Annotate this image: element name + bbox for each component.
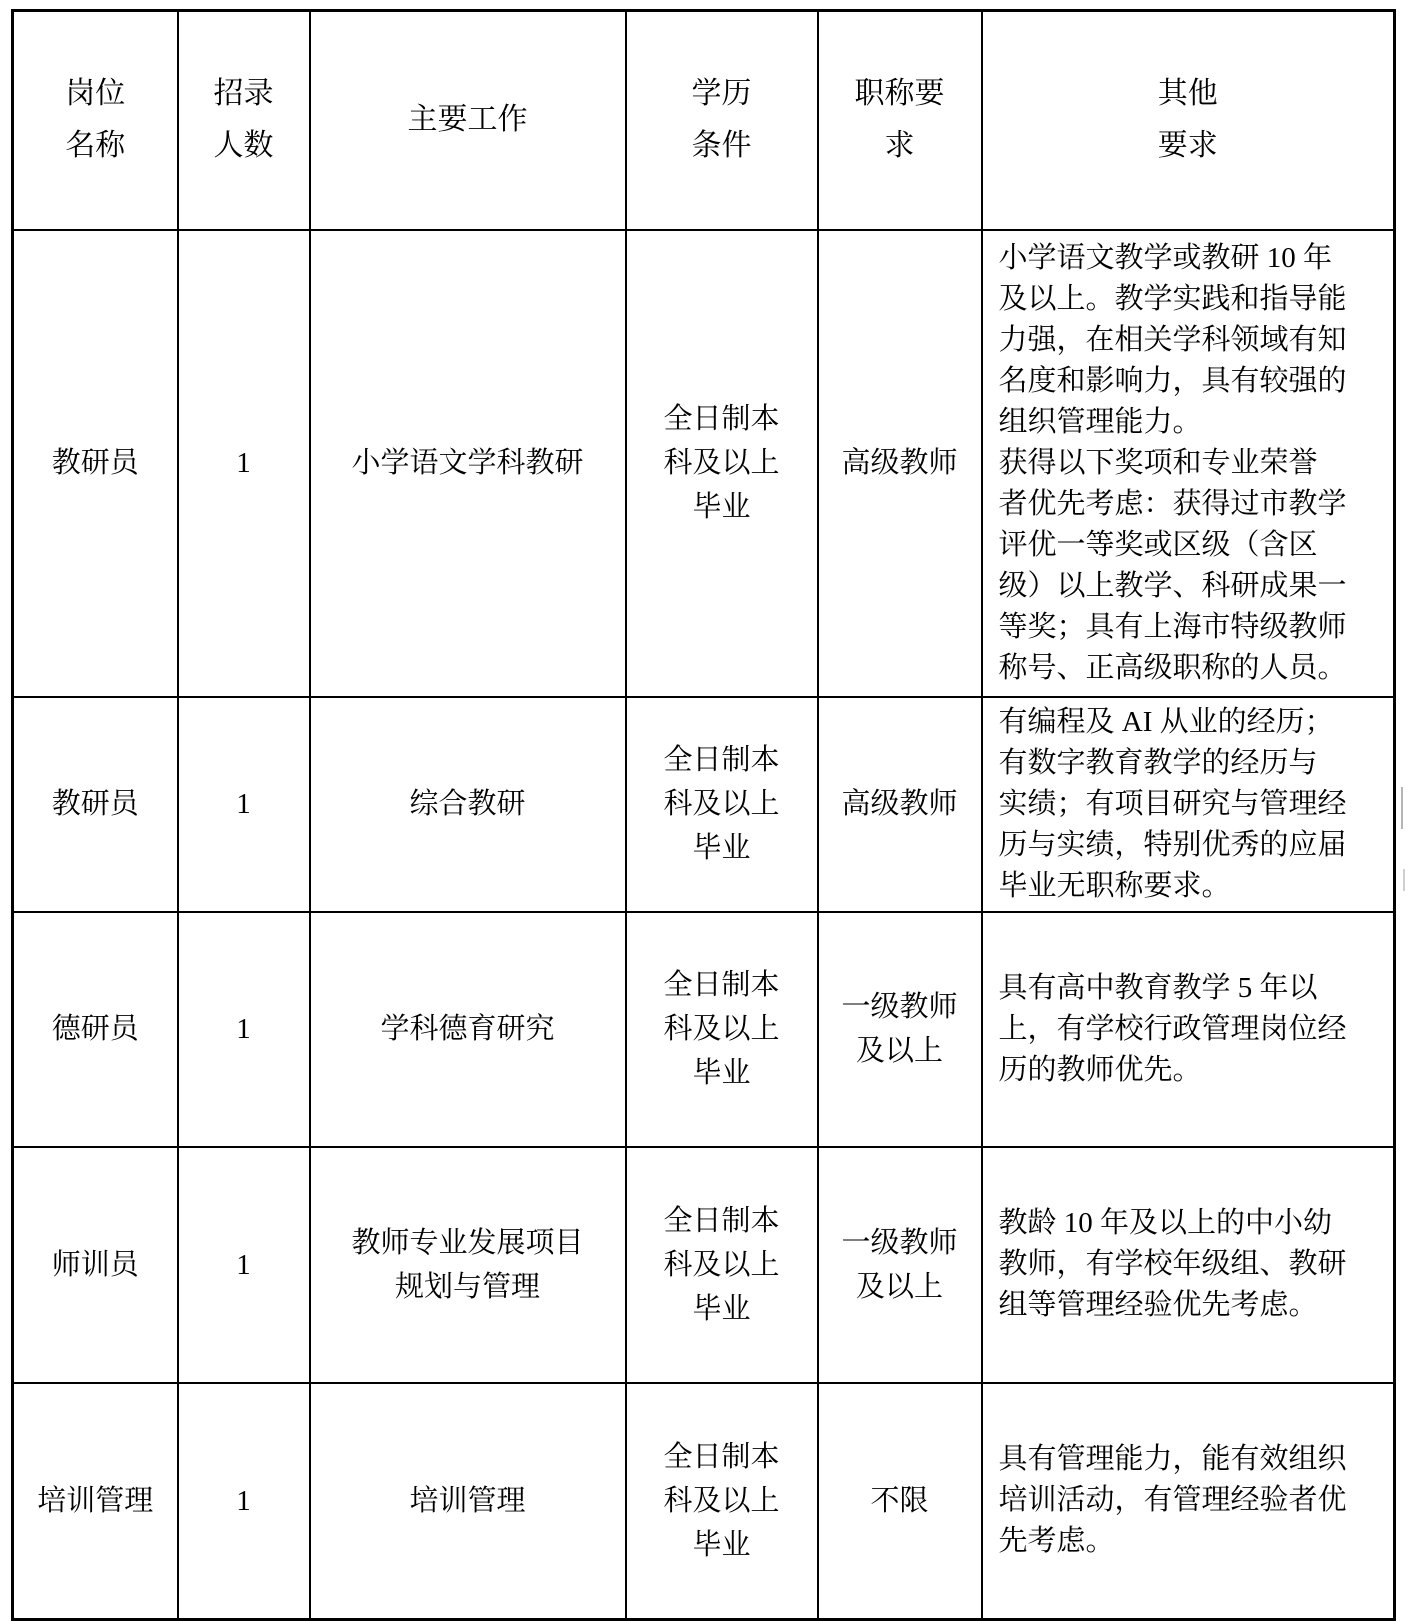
header-recruit-count: 招录 人数 <box>178 11 310 230</box>
cell-other-requirement: 有编程及 AI 从业的经历； 有数字教育教学的经历与 实绩；有项目研究与管理经 … <box>982 697 1395 912</box>
cell-position-name: 德研员 <box>13 912 178 1147</box>
cell-recruit-count: 1 <box>178 1147 310 1383</box>
table-row: 德研员 1 学科德育研究 全日制本 科及以上 毕业 一级教师 及以上 具有高中教… <box>13 912 1395 1147</box>
cell-position-name: 培训管理 <box>13 1383 178 1620</box>
recruitment-table: 岗位 名称 招录 人数 主要工作 学历 条件 职称要 求 其他 要求 教研员 1… <box>11 9 1396 1621</box>
cell-main-work: 学科德育研究 <box>310 912 626 1147</box>
cell-title-requirement: 一级教师 及以上 <box>818 1147 982 1383</box>
cell-other-requirement: 小学语文教学或教研 10 年 及以上。教学实践和指导能 力强，在相关学科领域有知… <box>982 230 1395 697</box>
cell-title-requirement: 不限 <box>818 1383 982 1620</box>
cell-education-requirement: 全日制本 科及以上 毕业 <box>626 1383 818 1620</box>
cell-position-name: 师训员 <box>13 1147 178 1383</box>
cell-other-requirement: 教龄 10 年及以上的中小幼 教师，有学校年级组、教研 组等管理经验优先考虑。 <box>982 1147 1395 1383</box>
table-row: 教研员 1 综合教研 全日制本 科及以上 毕业 高级教师 有编程及 AI 从业的… <box>13 697 1395 912</box>
cell-title-requirement: 高级教师 <box>818 230 982 697</box>
scan-artifact <box>1401 787 1403 829</box>
cell-other-requirement: 具有高中教育教学 5 年以 上，有学校行政管理岗位经 历的教师优先。 <box>982 912 1395 1147</box>
header-main-work: 主要工作 <box>310 11 626 230</box>
cell-main-work: 教师专业发展项目 规划与管理 <box>310 1147 626 1383</box>
cell-recruit-count: 1 <box>178 1383 310 1620</box>
scan-artifact <box>1403 869 1405 891</box>
table-header-row: 岗位 名称 招录 人数 主要工作 学历 条件 职称要 求 其他 要求 <box>13 11 1395 230</box>
header-title-requirement: 职称要 求 <box>818 11 982 230</box>
cell-main-work: 培训管理 <box>310 1383 626 1620</box>
cell-title-requirement: 高级教师 <box>818 697 982 912</box>
cell-education-requirement: 全日制本 科及以上 毕业 <box>626 230 818 697</box>
cell-title-requirement: 一级教师 及以上 <box>818 912 982 1147</box>
header-education-requirement: 学历 条件 <box>626 11 818 230</box>
header-other-requirement: 其他 要求 <box>982 11 1395 230</box>
header-position-name: 岗位 名称 <box>13 11 178 230</box>
cell-recruit-count: 1 <box>178 697 310 912</box>
table-row: 教研员 1 小学语文学科教研 全日制本 科及以上 毕业 高级教师 小学语文教学或… <box>13 230 1395 697</box>
cell-education-requirement: 全日制本 科及以上 毕业 <box>626 912 818 1147</box>
cell-main-work: 小学语文学科教研 <box>310 230 626 697</box>
cell-education-requirement: 全日制本 科及以上 毕业 <box>626 1147 818 1383</box>
cell-recruit-count: 1 <box>178 912 310 1147</box>
table-row: 师训员 1 教师专业发展项目 规划与管理 全日制本 科及以上 毕业 一级教师 及… <box>13 1147 1395 1383</box>
cell-position-name: 教研员 <box>13 230 178 697</box>
cell-education-requirement: 全日制本 科及以上 毕业 <box>626 697 818 912</box>
cell-main-work: 综合教研 <box>310 697 626 912</box>
cell-position-name: 教研员 <box>13 697 178 912</box>
document-page: 岗位 名称 招录 人数 主要工作 学历 条件 职称要 求 其他 要求 教研员 1… <box>0 0 1408 1621</box>
table-row: 培训管理 1 培训管理 全日制本 科及以上 毕业 不限 具有管理能力，能有效组织… <box>13 1383 1395 1620</box>
cell-other-requirement: 具有管理能力，能有效组织 培训活动，有管理经验者优 先考虑。 <box>982 1383 1395 1620</box>
cell-recruit-count: 1 <box>178 230 310 697</box>
